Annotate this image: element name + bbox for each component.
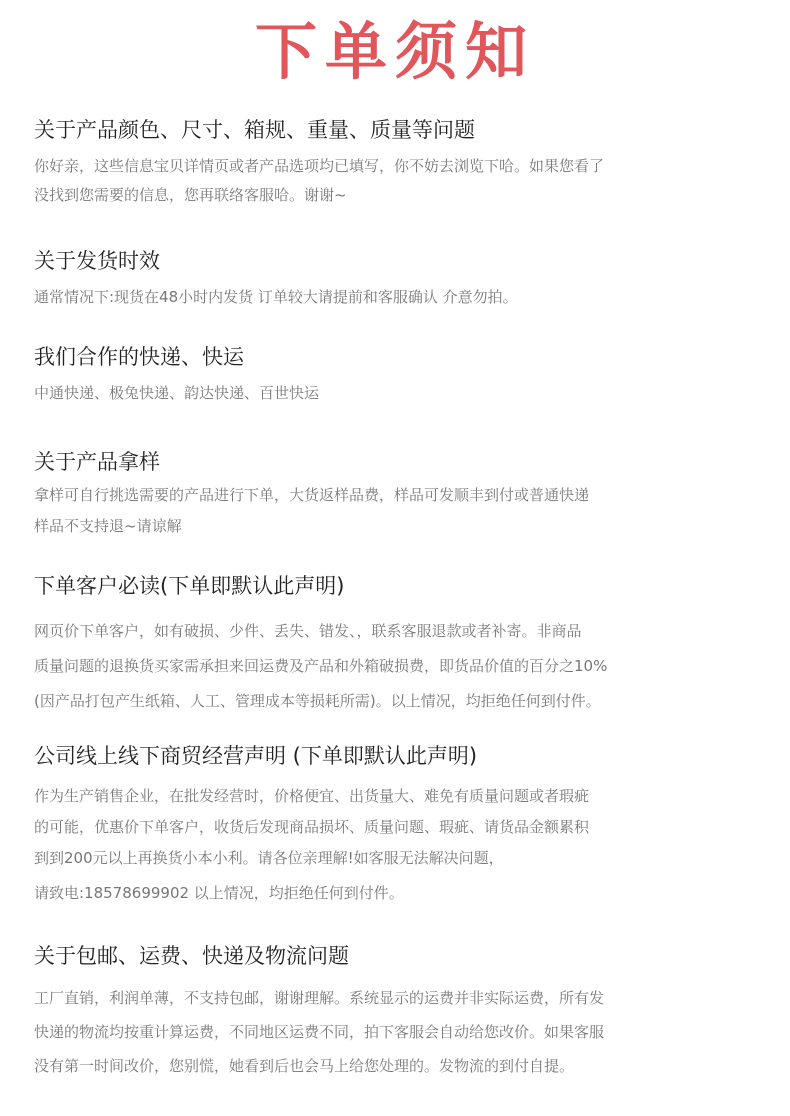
section-line: 作为生产销售企业，在批发经营时，价格便宜、出货量大、难免有质量问题或者瑕疵 [34, 781, 774, 812]
section-line: 样品不支持退~请谅解 [34, 511, 774, 542]
page-title: 下单须知 [0, 14, 790, 90]
section-line: 工厂直销，利润单薄，不支持包邮，谢谢理解。系统显示的运费并非实际运费，所有发 [34, 981, 774, 1015]
section-customer-notice: 下单客户必读(下单即默认此声明) 网页价下单客户，如有破损、少件、丢失、错发、，… [34, 571, 774, 719]
section-line: 到到200元以上再换货小本小利。请各位亲理解!如客服无法解决问题， [34, 843, 774, 874]
section-couriers: 我们合作的快递、快运 中通快递、极兔快递、韵达快递、百世快运 [34, 342, 774, 408]
section-business-statement: 公司线上线下商贸经营声明 (下单即默认此声明) 作为生产销售企业，在批发经营时，… [34, 741, 774, 909]
section-heading: 关于产品拿样 [34, 447, 774, 477]
section-heading: 关于发货时效 [34, 246, 774, 276]
section-line: 拿样可自行挑选需要的产品进行下单，大货返样品费，样品可发顺丰到付或普通快递 [34, 480, 774, 511]
section-heading: 下单客户必读(下单即默认此声明) [34, 571, 774, 601]
section-product-info: 关于产品颜色、尺寸、箱规、重量、质量等问题 你好亲，这些信息宝贝详情页或者产品选… [34, 115, 774, 210]
section-samples: 关于产品拿样 拿样可自行挑选需要的产品进行下单，大货返样品费，样品可发顺丰到付或… [34, 447, 774, 542]
section-heading: 关于产品颜色、尺寸、箱规、重量、质量等问题 [34, 115, 774, 145]
section-line: 通常情况下:现货在48小时内发货 订单较大请提前和客服确认 介意勿拍。 [34, 283, 774, 312]
section-heading: 关于包邮、运费、快递及物流问题 [34, 941, 774, 971]
section-line: 中通快递、极兔快递、韵达快递、百世快运 [34, 379, 774, 408]
section-line: 没有第一时间改价，您别慌，她看到后也会马上给您处理的。发物流的到付自提。 [34, 1049, 774, 1083]
section-line: (因产品打包产生纸箱、人工、管理成本等损耗所需)。以上情况，均拒绝任何到付件。 [34, 684, 774, 719]
section-shipping-fees: 关于包邮、运费、快递及物流问题 工厂直销，利润单薄，不支持包邮，谢谢理解。系统显… [34, 941, 774, 1083]
section-line: 快递的物流均按重计算运费，不同地区运费不同，拍下客服会自动给您改价。如果客服 [34, 1015, 774, 1049]
contact-phone-line: 请致电:18578699902 以上情况，均拒绝任何到付件。 [34, 878, 774, 909]
section-heading: 公司线上线下商贸经营声明 (下单即默认此声明) [34, 741, 774, 771]
section-line: 质量问题的退换货买家需承担来回运费及产品和外箱破损费，即货品价值的百分之10% [34, 649, 774, 684]
section-line: 网页价下单客户，如有破损、少件、丢失、错发、，联系客服退款或者补寄。非商品 [34, 614, 774, 649]
section-line: 你好亲，这些信息宝贝详情页或者产品选项均已填写，你不妨去浏览下哈。如果您看了 [34, 152, 774, 181]
section-line: 的可能，优惠价下单客户，收货后发现商品损坏、质量问题、瑕疵、请货品金额累积 [34, 812, 774, 843]
section-line: 没找到您需要的信息，您再联络客服哈。谢谢~ [34, 181, 774, 210]
section-shipping-time: 关于发货时效 通常情况下:现货在48小时内发货 订单较大请提前和客服确认 介意勿… [34, 246, 774, 312]
section-heading: 我们合作的快递、快运 [34, 342, 774, 372]
